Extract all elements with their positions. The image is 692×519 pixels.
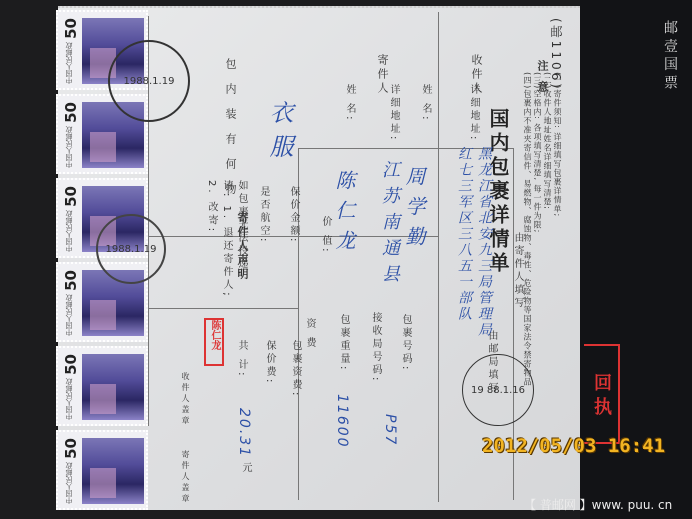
stamp-country: 中国人民邮政 <box>64 378 74 420</box>
insured-label: 保价金额: <box>286 186 301 244</box>
edge-text: 邮 壹 国 票 <box>660 20 680 89</box>
return-receipt-seal: 回 执 <box>584 344 620 444</box>
postmark-date: 1988.1.19 <box>124 76 175 87</box>
sender-seal: 陈仁龙 <box>204 318 224 366</box>
sender-address-value: 江苏南通县 <box>376 160 402 290</box>
note-4: (四)包裹内不准夹寄信件、易燃物、腐蚀物、毒性、危险物等国家法令禁寄物品 <box>522 72 533 402</box>
seal-text: 陈仁龙 <box>209 320 220 350</box>
postmark-date: 19 88.1.16 <box>471 385 525 396</box>
watermark: 【 普邮网 】www. puu. cn <box>524 496 672 513</box>
recipient-address-label: 详细地址: <box>466 84 481 142</box>
weight-label: 包裹重量: <box>336 314 351 372</box>
recipient-name-label: 姓 名: <box>418 84 433 123</box>
parcel-no-label: 包裹号码: <box>398 314 413 372</box>
stamp-country: 中国人民邮政 <box>64 126 74 168</box>
stamp-value: 50 <box>62 18 80 39</box>
total-value: 20.31 <box>236 408 252 458</box>
stamp: 50中国人民邮政 <box>56 346 148 426</box>
insurance-fee-label: 保价费: <box>262 340 277 385</box>
parcel-no-value: P57 <box>382 414 398 446</box>
divider-notes <box>438 12 439 502</box>
stamp-value: 50 <box>62 186 80 207</box>
total-label: 共 计: <box>234 340 249 379</box>
sender-address-label: 详细地址: <box>386 84 401 142</box>
postmark: 1988.1.19 <box>96 214 166 284</box>
sender-sign-label: 寄件人盖章 <box>180 450 191 505</box>
stamp-value: 50 <box>62 102 80 123</box>
stamp-country: 中国人民邮政 <box>64 462 74 504</box>
sender-name-label: 姓 名: <box>342 84 357 123</box>
stamp-value: 50 <box>62 438 80 459</box>
seal-text: 回 执 <box>588 373 614 415</box>
postage-label: 包裹资费: <box>288 340 303 398</box>
stamp: 50中国人民邮政 <box>56 430 148 510</box>
postmark: 1988.1.19 <box>108 40 190 122</box>
fee-label: 资 费 <box>302 318 317 350</box>
total-unit: 元 <box>238 462 253 475</box>
note-2: (二)收件人地址姓名详细填写清楚; <box>542 72 553 402</box>
stamp-value: 50 <box>62 354 80 375</box>
recipient-sign-label: 收件人盖章 <box>180 372 191 427</box>
building-image <box>82 438 144 504</box>
declaration-text: 如包裹无法投递, 请: 1. 退还寄件人; 2. 改寄: <box>204 180 249 300</box>
stamp-country: 中国人民邮政 <box>64 42 74 84</box>
recipient-address-value: 黑龙江省北安九三局管理局红七三军区三八五一部队 <box>454 146 494 346</box>
stamp-value: 50 <box>62 270 80 291</box>
price-label: 价 值: <box>318 216 333 255</box>
stamp-country: 中国人民邮政 <box>64 294 74 336</box>
stamp-country: 中国人民邮政 <box>64 210 74 252</box>
postmark: 19 88.1.16 <box>462 354 534 426</box>
note-1: (一)寄件须知: 详细填写包裹详情单; <box>552 72 563 402</box>
airmail-label: 是否航空: <box>256 186 271 244</box>
building-image <box>82 354 144 420</box>
receipt-no-label: 接收局号码: <box>368 312 383 383</box>
recipient-name-value: 周学勤 <box>400 166 429 256</box>
divider-signatures <box>148 308 298 309</box>
weight-value: 11600 <box>334 394 350 449</box>
sender-name-value: 陈仁龙 <box>330 170 359 260</box>
note-3: (三)空格内: 各项填写清楚, 每一件为限; <box>532 72 543 402</box>
postmark-date: 1988.1.19 <box>106 244 157 255</box>
photo-timestamp: 2012/05/03 16:41 <box>482 435 665 457</box>
contents-value: 衣服 <box>262 100 297 168</box>
